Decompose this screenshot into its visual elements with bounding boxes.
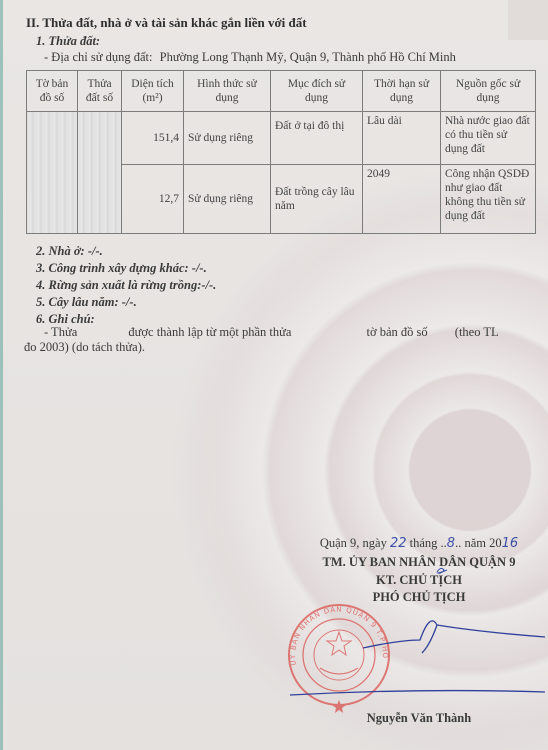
official-stamp-icon: ỦY BAN NHÂN DÂN QUẬN 9 T.P HỒ CHÍ MINH [0,0,391,713]
svg-text:ỦY BAN NHÂN DÂN QUẬN 9 T.P HỒ: ỦY BAN NHÂN DÂN QUẬN 9 T.P HỒ CHÍ MINH [0,0,391,666]
stamp-text: ỦY BAN NHÂN DÂN QUẬN 9 T.P HỒ CHÍ MINH [0,0,391,666]
handwritten-initial-icon [437,568,447,573]
signer-name: Nguyễn Văn Thành [290,711,548,726]
stamp-and-signature: ỦY BAN NHÂN DÂN QUẬN 9 T.P HỒ CHÍ MINH [0,0,548,750]
